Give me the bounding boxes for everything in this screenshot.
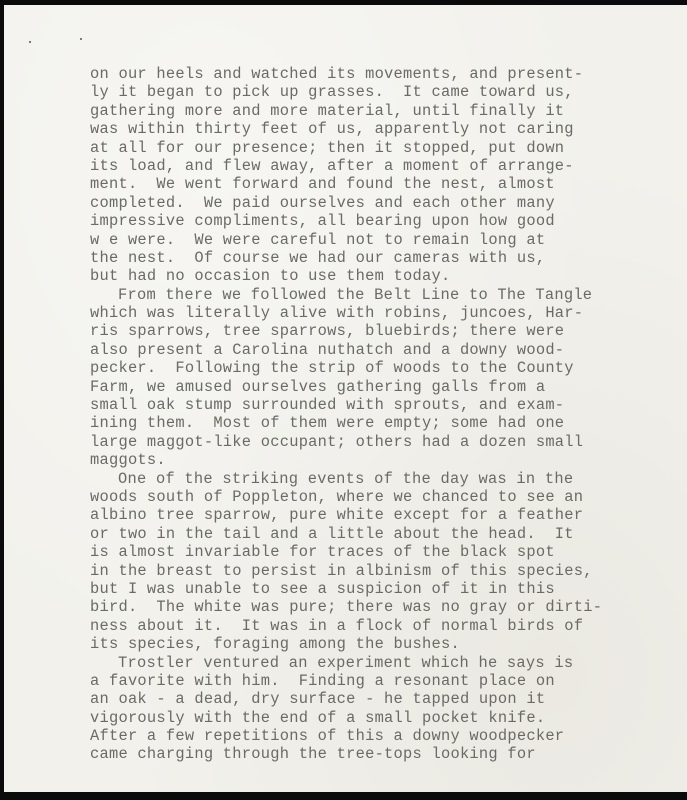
text-line: After a few repetitions of this a downy … [90, 727, 680, 745]
text-line: on our heels and watched its movements, … [90, 65, 680, 83]
text-line: gathering more and more material, until … [90, 102, 680, 120]
text-line: also present a Carolina nuthatch and a d… [90, 341, 680, 359]
text-line: albino tree sparrow, pure white except f… [90, 506, 680, 524]
text-line: its load, and flew away, after a moment … [90, 157, 680, 175]
text-line: was within thirty feet of us, apparently… [90, 120, 680, 138]
text-line: in the breast to persist in albinism of … [90, 562, 680, 580]
text-line: completed. We paid ourselves and each ot… [90, 194, 680, 212]
text-line: ment. We went forward and found the nest… [90, 175, 680, 193]
text-line: at all for our presence; then it stopped… [90, 139, 680, 157]
text-line: which was literally alive with robins, j… [90, 304, 680, 322]
typewritten-text: on our heels and watched its movements, … [90, 65, 680, 764]
text-line: ris sparrows, tree sparrows, bluebirds; … [90, 322, 680, 340]
text-line: its species, foraging among the bushes. [90, 635, 680, 653]
text-line: ining them. Most of them were empty; som… [90, 414, 680, 432]
text-line: maggots. [90, 451, 680, 469]
text-line: pecker. Following the strip of woods to … [90, 359, 680, 377]
text-line: is almost invariable for traces of the b… [90, 543, 680, 561]
paragraph-start-line: From there we followed the Belt Line to … [90, 286, 680, 304]
text-line: small oak stump surrounded with sprouts,… [90, 396, 680, 414]
text-line: ness about it. It was in a flock of norm… [90, 617, 680, 635]
text-line: woods south of Poppleton, where we chanc… [90, 488, 680, 506]
text-line: but I was unable to see a suspicion of i… [90, 580, 680, 598]
text-line: came charging through the tree-tops look… [90, 745, 680, 763]
text-line: bird. The white was pure; there was no g… [90, 598, 680, 616]
text-line: vigorously with the end of a small pocke… [90, 709, 680, 727]
text-line: ly it began to pick up grasses. It came … [90, 83, 680, 101]
stray-mark-2 [80, 38, 82, 40]
document-page: on our heels and watched its movements, … [4, 5, 687, 792]
text-line: a favorite with him. Finding a resonant … [90, 672, 680, 690]
text-line: but had no occasion to use them today. [90, 267, 680, 285]
text-line: Farm, we amused ourselves gathering gall… [90, 378, 680, 396]
paragraph-start-line: One of the striking events of the day wa… [90, 470, 680, 488]
text-line: impressive compliments, all bearing upon… [90, 212, 680, 230]
text-line: large maggot-like occupant; others had a… [90, 433, 680, 451]
text-line: an oak - a dead, dry surface - he tapped… [90, 690, 680, 708]
text-line: the nest. Of course we had our cameras w… [90, 249, 680, 267]
text-line: or two in the tail and a little about th… [90, 525, 680, 543]
paragraph-start-line: Trostler ventured an experiment which he… [90, 654, 680, 672]
stray-mark-1 [29, 41, 31, 43]
text-line: w e were. We were careful not to remain … [90, 231, 680, 249]
